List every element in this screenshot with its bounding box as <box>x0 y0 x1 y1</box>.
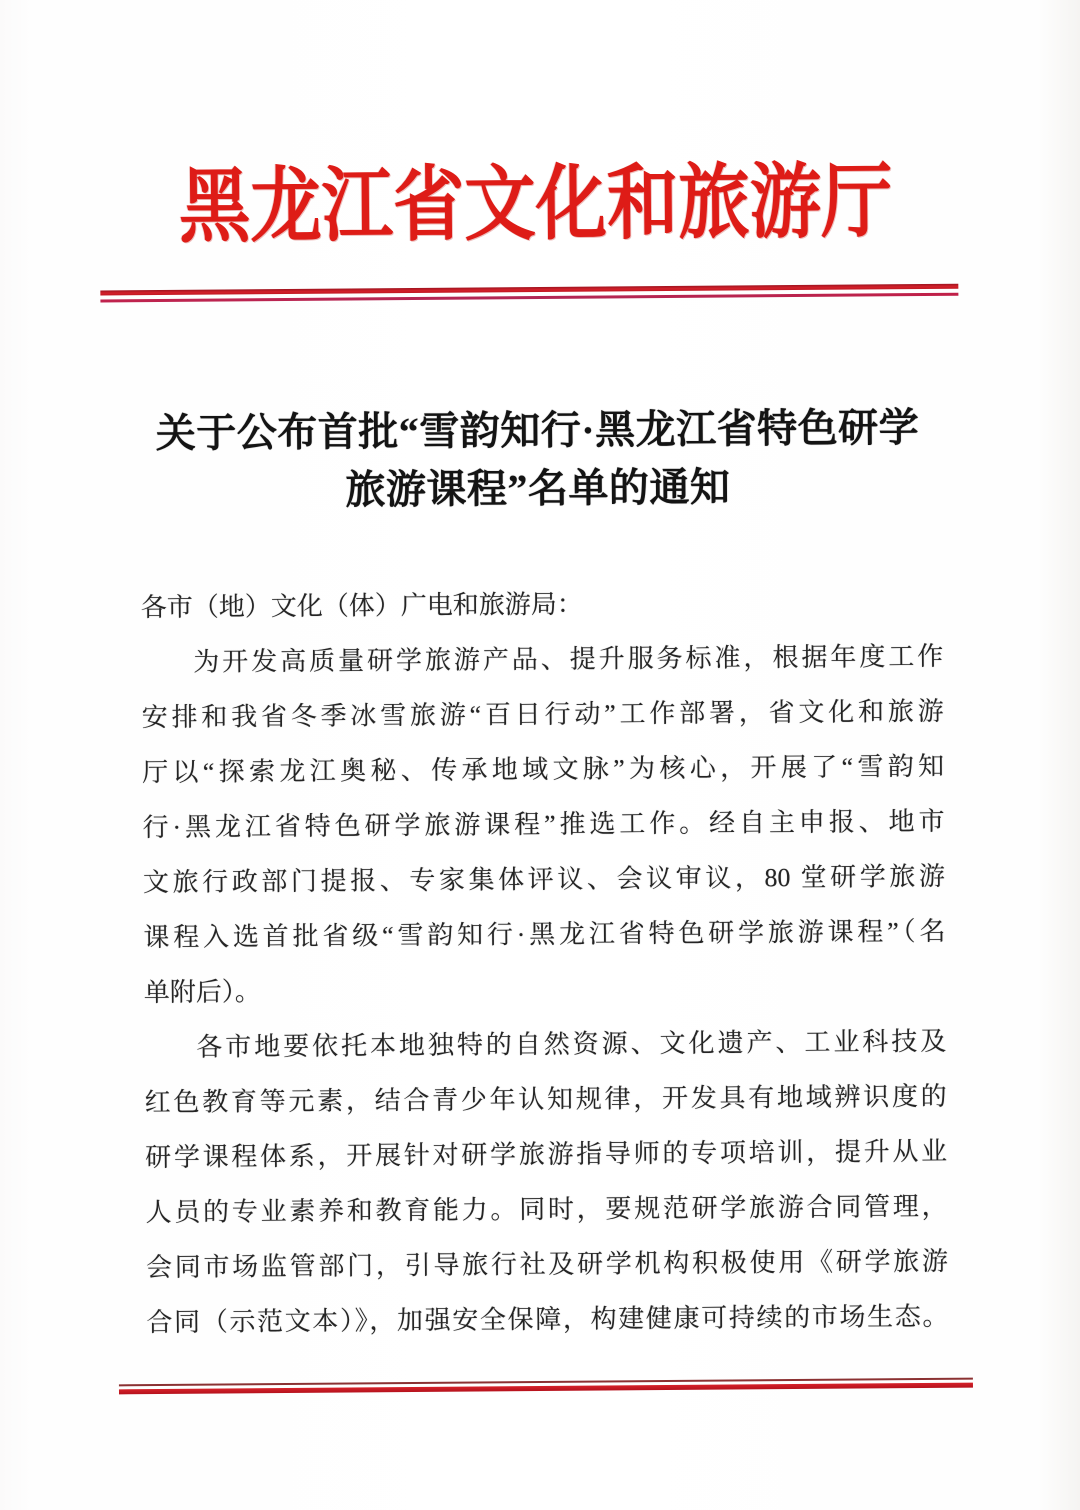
body-line: 安排和我省冬季冰雪旅游“百日行动”工作部署，省文化和旅游 <box>141 684 943 745</box>
body-line: 人员的专业素养和教育能力。同时，要规范研学旅游合同管理， <box>145 1179 947 1240</box>
body-line: 研学课程体系，开展针对研学旅游指导师的专项培训，提升从业 <box>145 1124 947 1185</box>
document-title-line-1: 关于公布首批“雪韵知行·黑龙江省特色研学 <box>37 398 1037 464</box>
body-line: 厅以“探索龙江奥秘、传承地域文脉”为核心，开展了“雪韵知 <box>142 739 944 800</box>
letterhead-divider <box>100 284 958 303</box>
body-line: 文旅行政部门提报、专家集体评议、会议审议，80 堂研学旅游 <box>143 849 945 910</box>
body-line: 课程入选首批省级“雪韵知行·黑龙江省特色研学旅游课程”（名 <box>143 904 945 965</box>
document-body: 各市（地）文化（体）广电和旅游局： 为开发高质量研学旅游产品、提升服务标准，根据… <box>141 574 949 1350</box>
scan-content: 黑龙江省文化和旅游厅 关于公布首批“雪韵知行·黑龙江省特色研学 旅游课程”名单的… <box>0 0 1080 1510</box>
salutation-line: 各市（地）文化（体）广电和旅游局： <box>141 574 943 635</box>
document-title-line-2: 旅游课程”名单的通知 <box>38 456 1038 522</box>
body-line: 单附后）。 <box>144 959 946 1020</box>
body-line: 合同（示范文本）》，加强安全保障，构建健康可持续的市场生态。 <box>146 1289 948 1350</box>
body-line: 行·黑龙江省特色研学旅游课程”推选工作。经自主申报、地市 <box>142 794 944 855</box>
scanned-document-page: 黑龙江省文化和旅游厅 关于公布首批“雪韵知行·黑龙江省特色研学 旅游课程”名单的… <box>0 0 1080 1510</box>
body-line: 会同市场监管部门，引导旅行社及研学机构积极使用《研学旅游 <box>146 1234 948 1295</box>
body-line: 为开发高质量研学旅游产品、提升服务标准，根据年度工作 <box>141 629 943 690</box>
body-line: 红色教育等元素，结合青少年认知规律，开发具有地域辨识度的 <box>145 1069 947 1130</box>
letterhead-agency-title: 黑龙江省文化和旅游厅 <box>65 146 1005 263</box>
document-title: 关于公布首批“雪韵知行·黑龙江省特色研学 旅游课程”名单的通知 <box>37 398 1038 522</box>
footer-divider <box>119 1378 973 1395</box>
body-line: 各市地要依托本地独特的自然资源、文化遗产、工业科技及 <box>144 1014 946 1075</box>
